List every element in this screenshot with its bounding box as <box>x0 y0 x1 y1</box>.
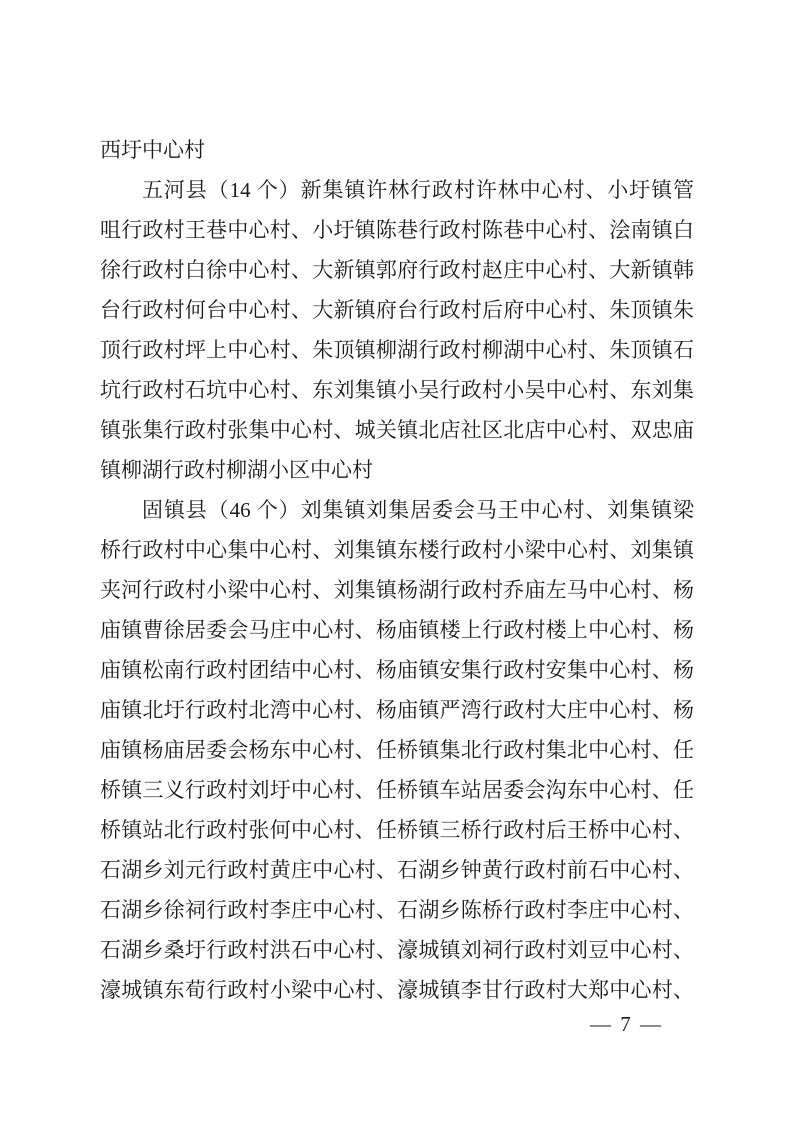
text-line: 咀行政村王巷中心村、小圩镇陈巷行政村陈巷中心村、浍南镇白 <box>100 210 694 250</box>
text-line: 庙镇曹徐居委会马庄中心村、杨庙镇楼上行政村楼上中心村、杨 <box>100 610 694 650</box>
text-line: 镇张集行政村张集中心村、城关镇北店社区北店中心村、双忠庙 <box>100 410 694 450</box>
text-line: 镇柳湖行政村柳湖小区中心村 <box>100 450 694 490</box>
text-line: 庙镇北圩行政村北湾中心村、杨庙镇严湾行政村大庄中心村、杨 <box>100 690 694 730</box>
document-page: 西圩中心村五河县（14 个）新集镇许林行政村许林中心村、小圩镇管咀行政村王巷中心… <box>0 0 794 1122</box>
text-line: 西圩中心村 <box>100 130 694 170</box>
text-line: 固镇县（46 个）刘集镇刘集居委会马王中心村、刘集镇梁 <box>100 490 694 530</box>
text-line: 石湖乡桑圩行政村洪石中心村、濠城镇刘祠行政村刘豆中心村、 <box>100 930 694 970</box>
text-line: 桥镇三义行政村刘圩中心村、任桥镇车站居委会沟东中心村、任 <box>100 770 694 810</box>
text-line: 五河县（14 个）新集镇许林行政村许林中心村、小圩镇管 <box>100 170 694 210</box>
text-line: 石湖乡徐祠行政村李庄中心村、石湖乡陈桥行政村李庄中心村、 <box>100 890 694 930</box>
page-number: — 7 — <box>590 1012 663 1036</box>
text-line: 庙镇杨庙居委会杨东中心村、任桥镇集北行政村集北中心村、任 <box>100 730 694 770</box>
text-line: 台行政村何台中心村、大新镇府台行政村后府中心村、朱顶镇朱 <box>100 290 694 330</box>
text-line: 濠城镇东荀行政村小梁中心村、濠城镇李甘行政村大郑中心村、 <box>100 970 694 1010</box>
text-line: 夹河行政村小梁中心村、刘集镇杨湖行政村乔庙左马中心村、杨 <box>100 570 694 610</box>
text-line: 顶行政村坪上中心村、朱顶镇柳湖行政村柳湖中心村、朱顶镇石 <box>100 330 694 370</box>
text-line: 徐行政村白徐中心村、大新镇郭府行政村赵庄中心村、大新镇韩 <box>100 250 694 290</box>
text-line: 石湖乡刘元行政村黄庄中心村、石湖乡钟黄行政村前石中心村、 <box>100 850 694 890</box>
text-line: 桥行政村中心集中心村、刘集镇东楼行政村小梁中心村、刘集镇 <box>100 530 694 570</box>
document-body: 西圩中心村五河县（14 个）新集镇许林行政村许林中心村、小圩镇管咀行政村王巷中心… <box>100 130 694 1010</box>
text-line: 坑行政村石坑中心村、东刘集镇小吴行政村小吴中心村、东刘集 <box>100 370 694 410</box>
text-line: 庙镇松南行政村团结中心村、杨庙镇安集行政村安集中心村、杨 <box>100 650 694 690</box>
text-line: 桥镇站北行政村张何中心村、任桥镇三桥行政村后王桥中心村、 <box>100 810 694 850</box>
